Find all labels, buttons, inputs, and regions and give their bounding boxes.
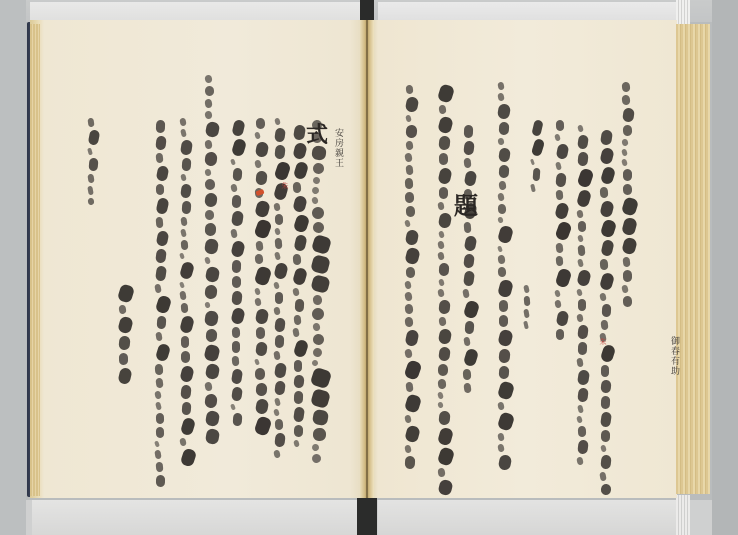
page-stack-bottom-right bbox=[378, 500, 678, 535]
right-heading-char: 題 bbox=[454, 186, 478, 221]
calligraphy-column bbox=[151, 120, 169, 487]
calligraphy-column bbox=[526, 120, 544, 192]
calligraphy-column bbox=[596, 130, 614, 495]
page-stack-edge-bottom bbox=[676, 495, 690, 535]
calligraphy-column bbox=[618, 82, 636, 307]
calligraphy-column bbox=[176, 118, 194, 466]
calligraphy-column bbox=[551, 120, 569, 340]
left-page-fore-edge bbox=[30, 24, 40, 496]
left-annotation: 安房親王 bbox=[332, 128, 345, 168]
right-annotation: 御春有助 bbox=[668, 336, 681, 376]
calligraphy-column bbox=[201, 75, 219, 444]
calligraphy-column bbox=[573, 125, 591, 465]
spine-clamp-top bbox=[360, 0, 374, 22]
background-right bbox=[712, 0, 738, 535]
calligraphy-column bbox=[401, 85, 419, 469]
left-heading-char: 式 bbox=[306, 118, 328, 149]
left-red-annotation: 朱 bbox=[280, 182, 290, 190]
page-stack-bottom-left bbox=[32, 500, 360, 535]
calligraphy-column bbox=[309, 120, 327, 463]
calligraphy-column bbox=[251, 118, 269, 435]
calligraphy-column bbox=[83, 118, 101, 205]
calligraphy-column bbox=[519, 285, 537, 329]
calligraphy-column bbox=[270, 118, 288, 458]
spine-clamp-bottom bbox=[357, 498, 377, 535]
calligraphy-column bbox=[459, 125, 477, 393]
calligraphy-column bbox=[494, 82, 512, 470]
calligraphy-column bbox=[114, 285, 132, 384]
right-fore-edge bbox=[676, 24, 710, 494]
right-red-annotation: 朱 bbox=[598, 338, 608, 346]
book-gutter bbox=[360, 20, 374, 498]
background-left bbox=[0, 0, 26, 535]
calligraphy-column bbox=[227, 120, 245, 426]
calligraphy-column bbox=[434, 85, 452, 495]
calligraphy-column bbox=[289, 125, 307, 447]
